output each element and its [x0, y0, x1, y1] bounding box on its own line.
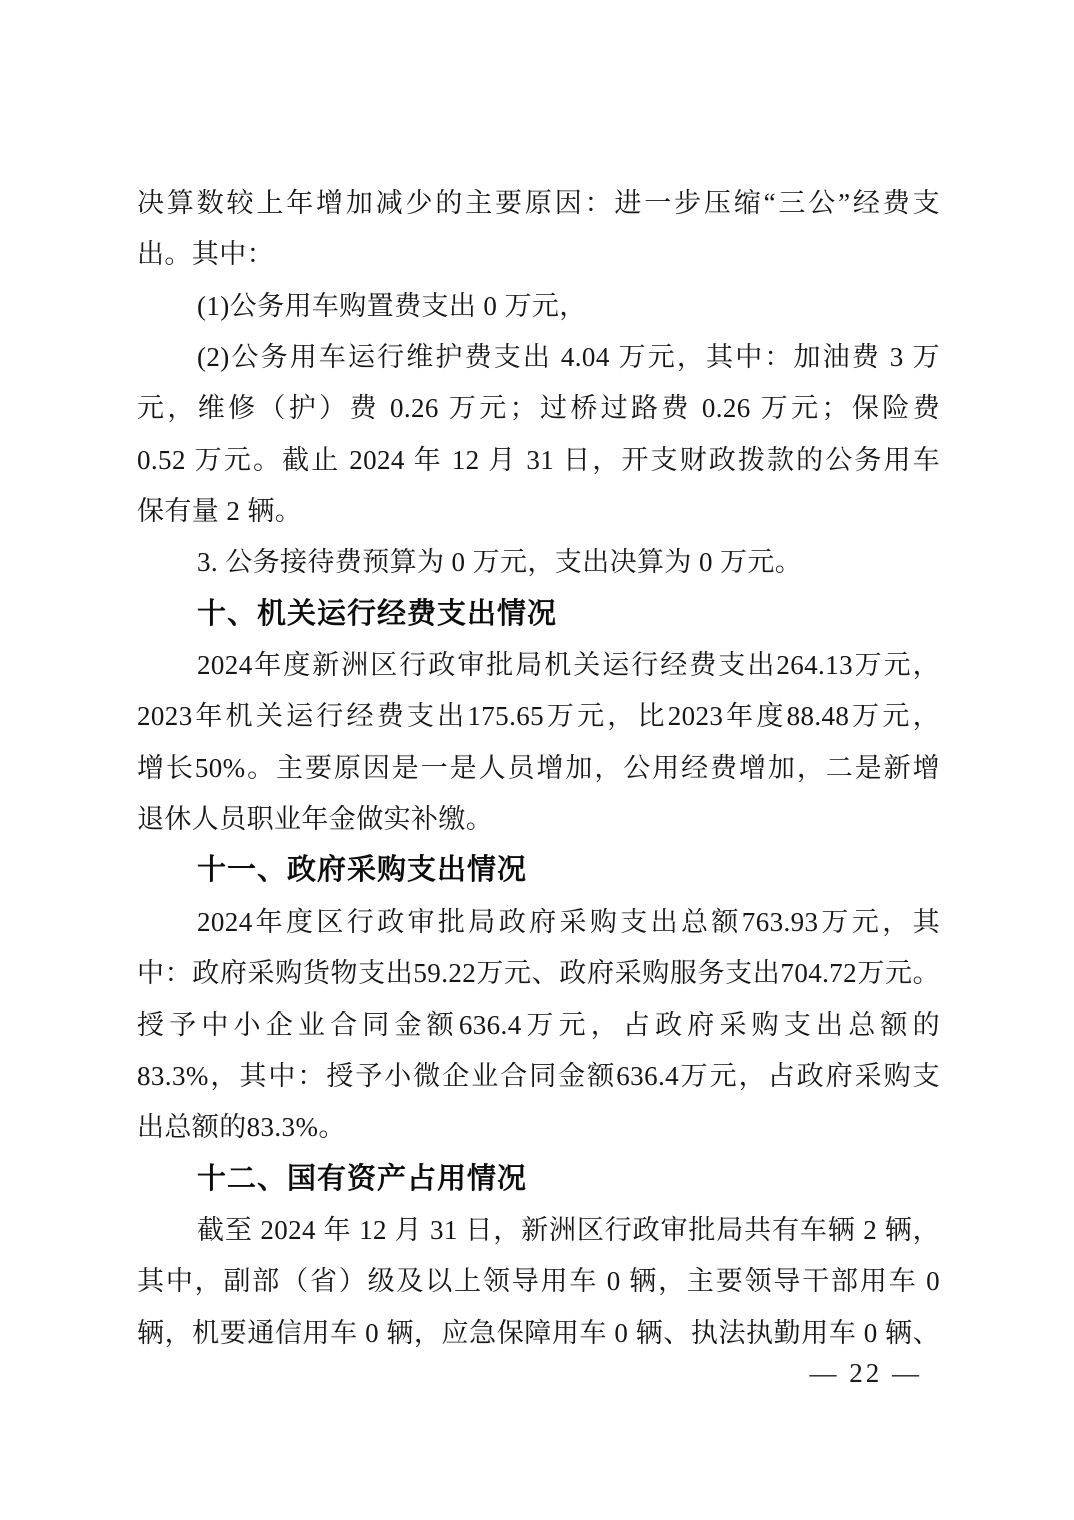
text-line: 2024年度新洲区行政审批局机关运行经费支出264.13万元， — [137, 640, 940, 691]
text-line: 3. 公务接待费预算为 0 万元，支出决算为 0 万元。 — [137, 537, 940, 588]
text-line: (1)公务用车购置费支出 0 万元， — [137, 281, 940, 332]
text-line: 截至 2024 年 12 月 31 日，新洲区行政审批局共有车辆 2 辆， — [137, 1205, 940, 1256]
text-line: 元，维修（护）费 0.26 万元；过桥过路费 0.26 万元；保险费 — [137, 383, 940, 434]
section-heading: 十一、政府采购支出情况 — [137, 845, 940, 896]
section-heading: 十、机关运行经费支出情况 — [137, 589, 940, 640]
text-line: 0.52 万元。截止 2024 年 12 月 31 日，开支财政拨款的公务用车 — [137, 435, 940, 486]
text-line: 退休人员职业年金做实补缴。 — [137, 794, 940, 845]
document-text: 决算数较上年增加减少的主要原因：进一步压缩“三公”经费支 出。其中： (1)公务… — [137, 178, 940, 1359]
section-heading: 十二、国有资产占用情况 — [137, 1154, 940, 1205]
text-line: 增长50%。主要原因是一是人员增加，公用经费增加，二是新增 — [137, 743, 940, 794]
text-line: 其中，副部（省）级及以上领导用车 0 辆，主要领导干部用车 0 — [137, 1256, 940, 1307]
text-line: 保有量 2 辆。 — [137, 486, 940, 537]
text-line: 中：政府采购货物支出59.22万元、政府采购服务支出704.72万元。 — [137, 948, 940, 999]
text-line: (2)公务用车运行维护费支出 4.04 万元，其中：加油费 3 万 — [137, 332, 940, 383]
text-line: 2023年机关运行经费支出175.65万元，比2023年度88.48万元， — [137, 691, 940, 742]
text-line: 出总额的83.3%。 — [137, 1102, 940, 1153]
page-number: — 22 — — [810, 1358, 923, 1389]
document-page: 决算数较上年增加减少的主要原因：进一步压缩“三公”经费支 出。其中： (1)公务… — [0, 0, 1074, 1520]
text-line: 2024年度区行政审批局政府采购支出总额763.93万元，其 — [137, 897, 940, 948]
text-line: 辆，机要通信用车 0 辆，应急保障用车 0 辆、执法执勤用车 0 辆、 — [137, 1308, 940, 1359]
text-line: 出。其中： — [137, 229, 940, 280]
text-line: 83.3%，其中：授予小微企业合同金额636.4万元，占政府采购支 — [137, 1051, 940, 1102]
text-line: 决算数较上年增加减少的主要原因：进一步压缩“三公”经费支 — [137, 178, 940, 229]
text-line: 授予中小企业合同金额636.4万元，占政府采购支出总额的 — [137, 1000, 940, 1051]
